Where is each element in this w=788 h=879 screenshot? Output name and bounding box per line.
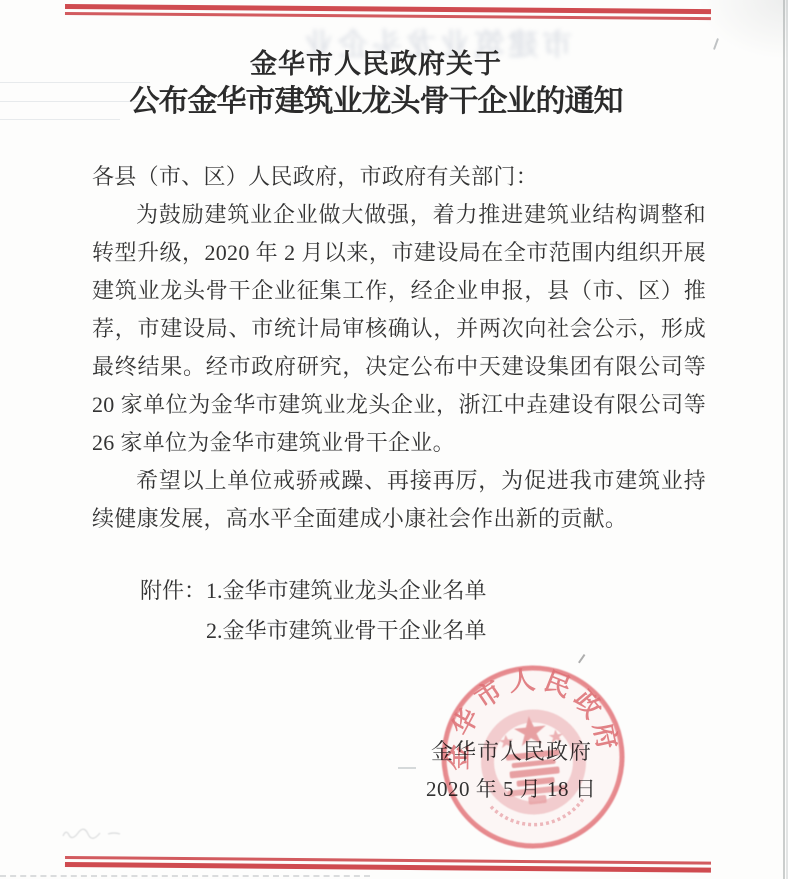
- scan-stray-line: [398, 767, 416, 769]
- official-red-seal: 金华市人民政府: [426, 650, 639, 863]
- attachments-block: 附件： 1.金华市建筑业龙头企业名单 2.金华市建筑业骨干企业名单: [140, 571, 487, 651]
- scanned-document-page: 市建筑业龙头企业 金华市人民政府关于 公布金华市建筑业龙头骨干企业的通知 各县（…: [0, 0, 788, 879]
- scan-bottom-edge-artifact: [0, 875, 370, 877]
- document-body: 各县（市、区）人民政府，市政府有关部门： 为鼓励建筑业企业做大做强，着力推进建筑…: [92, 158, 706, 538]
- header-red-rule: [65, 4, 711, 20]
- pencil-smudge-artifact: [60, 826, 140, 840]
- footer-red-rule: [65, 856, 711, 872]
- attachment-item-2: 2.金华市建筑业骨干企业名单: [206, 611, 487, 651]
- scan-edge-line: [783, 0, 785, 879]
- salutation-line: 各县（市、区）人民政府，市政府有关部门：: [92, 158, 706, 196]
- title-line-1: 金华市人民政府关于: [26, 46, 726, 82]
- document-title: 金华市人民政府关于 公布金华市建筑业龙头骨干企业的通知: [26, 46, 726, 122]
- body-paragraph-1: 为鼓励建筑业企业做大做强，着力推进建筑业结构调整和转型升级，2020 年 2 月…: [92, 196, 706, 462]
- body-paragraph-2: 希望以上单位戒骄戒躁、再接再厉，为促进我市建筑业持续健康发展，高水平全面建成小康…: [92, 462, 706, 538]
- attachments-label: 附件：: [140, 571, 206, 651]
- attachment-item-1: 1.金华市建筑业龙头企业名单: [206, 571, 487, 611]
- title-line-2: 公布金华市建筑业龙头骨干企业的通知: [26, 82, 726, 122]
- attachments-list: 1.金华市建筑业龙头企业名单 2.金华市建筑业骨干企业名单: [206, 571, 487, 651]
